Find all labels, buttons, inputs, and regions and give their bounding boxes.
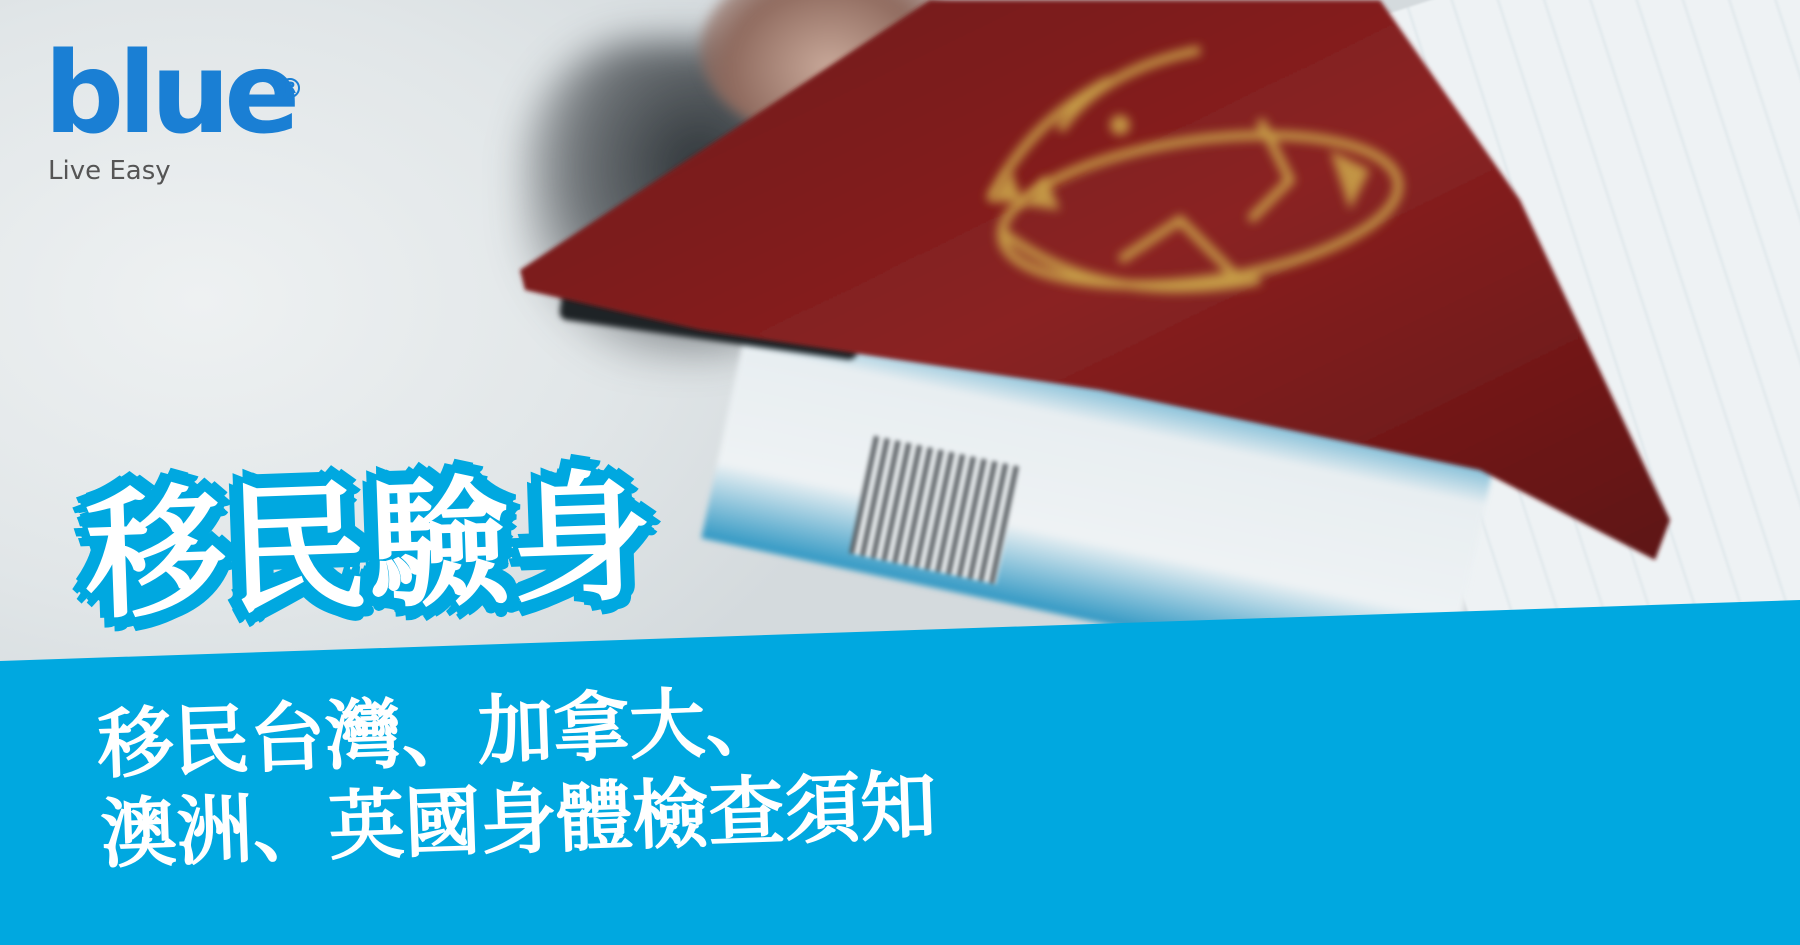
headline: 移民驗身: [83, 468, 656, 628]
subtitle: 移民台灣、加拿大、 澳洲、英國身體檢查須知: [96, 671, 938, 879]
